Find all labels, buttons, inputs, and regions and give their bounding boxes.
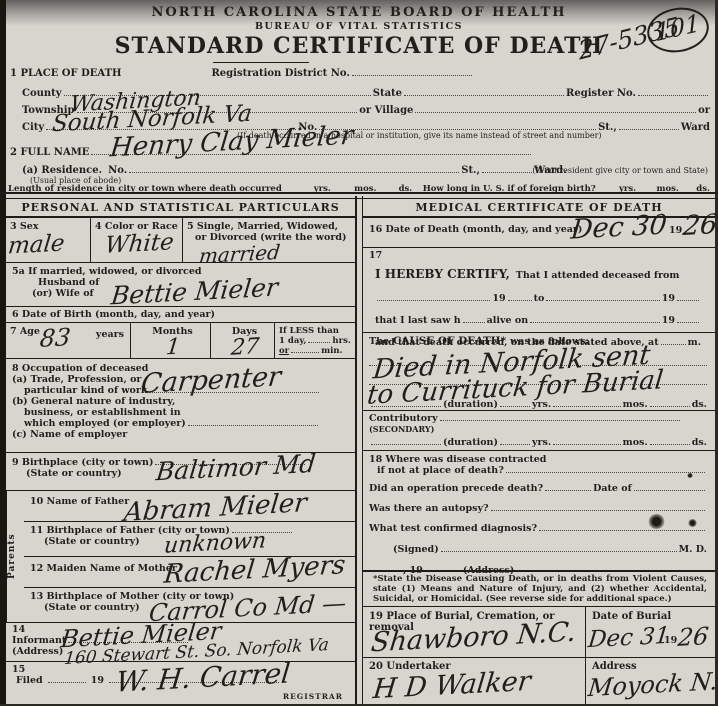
board-title: NORTH CAROLINA STATE BOARD OF HEALTH [0, 5, 718, 20]
cause-footnote: *State the Disease Causing Death, or in … [373, 574, 707, 604]
age-months-value: 1 [164, 337, 180, 360]
filed-19-label: 19 [91, 675, 104, 686]
row-spouse: 5a If married, widowed, or divorced Husb… [6, 263, 355, 308]
last-saw-label: that I last saw h [375, 315, 461, 326]
row-place-of-death: 1 PLACE OF DEATH Registration District N… [10, 68, 710, 79]
signed-label: (Signed) [393, 544, 439, 555]
title-rule [213, 62, 309, 63]
occupation-a-line1: (a) Trade, Profession, or [12, 374, 141, 385]
personal-particulars-column: PERSONAL AND STATISTICAL PARTICULARS 3 S… [6, 196, 355, 704]
q18-line2: if not at place of death? [377, 465, 504, 476]
parents-vertical-label: Parents [6, 491, 24, 622]
contributory-yrs: yrs. [532, 437, 551, 448]
race-value: White [104, 231, 175, 258]
row-father-name: 10 Name of Father Abram Mieler [24, 491, 355, 523]
row-mother-name: 12 Maiden Name of Mother Rachel Myers [24, 557, 355, 588]
mother-name-label: 12 Maiden Name of Mother [30, 563, 177, 574]
alive-on-label: alive on [487, 315, 529, 326]
race-cell: 4 Color or Race White [90, 218, 182, 262]
undertaker-address-label: Address [592, 661, 637, 672]
row-date-of-birth: 6 Date of Birth (month, day, and year) [6, 307, 355, 323]
occupation-c-label: (c) Name of employer [12, 429, 127, 440]
marital-label-line1: 5 Single, Married, Widowed, [187, 221, 338, 232]
row-undertaker: 20 Undertaker H D Walker Address Moyock … [363, 658, 715, 704]
ink-blot [648, 514, 665, 529]
autopsy-label: Was there an autopsy? [369, 503, 489, 514]
father-birthplace-value: unknown [163, 531, 267, 558]
parents-block: Parents 10 Name of Father Abram Mieler 1… [6, 491, 355, 623]
burial-date-label: Date of Burial [592, 611, 671, 622]
occupation-a-line2: particular kind of work [24, 385, 147, 396]
registrar-label: REGISTRAR [283, 692, 343, 701]
row-occupation: 8 Occupation of deceased (a) Trade, Prof… [6, 359, 355, 452]
residence-label: (a) Residence. [22, 165, 102, 176]
row-informant: 14 Informant (Address) Bettie Mieler 160… [6, 623, 355, 663]
undertaker-cell: 20 Undertaker H D Walker [363, 658, 585, 704]
years-label: years [96, 329, 124, 340]
cause-of-death-label: CAUSE OF DEATH* [393, 335, 506, 347]
father-name-value: Abram Mieler [123, 490, 308, 526]
age-days-cell: Days 27 [210, 323, 274, 358]
mother-birthplace-label2: (State or country) [44, 602, 140, 613]
hrs-label: hrs. [332, 336, 350, 346]
or-label: or [698, 105, 710, 116]
undertaker-value: H D Walker [372, 668, 532, 703]
undertaker-address-cell: Address Moyock N.C. [585, 658, 715, 704]
mother-name-value: Rachel Myers [163, 552, 347, 588]
spouse-label-line1: 5a If married, widowed, or divorced [12, 266, 202, 277]
burial-place-cell: 19 Place of Burial, Cremation, or remova… [363, 607, 585, 658]
county-label: County [22, 88, 62, 99]
item-17-number: 17 [369, 250, 382, 261]
spouse-label-line3: (or) Wife of [32, 288, 94, 299]
row-burial: 19 Place of Burial, Cremation, or remova… [363, 607, 715, 659]
row-certify: 17 I HEREBY CERTIFY, That I attended dec… [363, 248, 715, 333]
marital-cell: 5 Single, Married, Widowed, or Divorced … [182, 218, 355, 262]
informant-label: Informant [12, 635, 66, 646]
age-months-cell: Months 1 [130, 323, 210, 358]
certify-bold-label: I HEREBY CERTIFY, [375, 267, 510, 281]
certify-19-a: 19 [492, 293, 505, 304]
occupation-value: Carpenter [140, 364, 283, 399]
row-birthplace: 9 Birthplace (city or town) (State or co… [6, 453, 355, 491]
row-mother-birthplace: 13 Birthplace of Mother (city or town) (… [24, 588, 355, 622]
age-label: 7 Age [10, 326, 40, 337]
registration-district-label: Registration District No. [212, 68, 350, 79]
spouse-value: Bettie Mieler [110, 274, 280, 308]
registrar-signature: W. H. Carrel [115, 660, 292, 697]
dob-label: 6 Date of Birth (month, day, and year) [12, 309, 215, 320]
certificate-columns: PERSONAL AND STATISTICAL PARTICULARS 3 S… [6, 196, 715, 704]
row-age: 7 Age years 83 Months 1 Days 27 If LESS … [6, 323, 355, 359]
date-of-death-year: 26 [682, 211, 718, 240]
age-less-than-day-cell: If LESS than 1 day,hrs. ormin. [274, 323, 355, 358]
ink-blot [688, 519, 697, 527]
q18-line1: 18 Where was disease contracted [369, 454, 546, 465]
row-contributory: Contributory (SECONDARY) (duration) yrs.… [363, 411, 715, 451]
birthplace-label2: (State or country) [26, 468, 122, 479]
duration-mos: mos. [623, 399, 648, 410]
age-years-value: 83 [39, 325, 72, 351]
row-sex-race-marital: 3 Sex male 4 Color or Race White 5 Singl… [6, 218, 355, 263]
row-footnote: *State the Disease Causing Death, or in … [363, 571, 715, 607]
certify-19-c: 19 [662, 315, 675, 326]
residence-st-label: St., [461, 165, 480, 176]
certify-19-b: 19 [662, 293, 675, 304]
state-label: State [373, 88, 402, 99]
row-medical-questions: 18 Where was disease contracted if not a… [363, 451, 715, 571]
nonresident-note: (If nonresident give city or town and St… [532, 166, 708, 175]
burial-19-label: 19 [664, 635, 677, 646]
register-no-label: Register No. [566, 88, 636, 99]
row-filed: 15 Filed 19 W. H. Carrel REGISTRAR [6, 662, 355, 704]
date-of-death-19: 19 [669, 225, 682, 236]
residence-no-label: No. [108, 165, 127, 176]
place-of-death-label: 1 PLACE OF DEATH [10, 68, 122, 79]
occupation-b-line2: business, or establishment in [24, 407, 181, 418]
or-village-label: or Village [359, 105, 413, 116]
duration-ds: ds. [692, 399, 707, 410]
operation-label: Did an operation precede death? [369, 483, 543, 494]
age-years-cell: 7 Age years 83 [6, 323, 130, 358]
informant-address-label: (Address) [12, 646, 63, 657]
father-birthplace-label2: (State or country) [44, 536, 140, 547]
filed-label: Filed [16, 675, 43, 686]
row-cause-of-death: The CAUSE OF DEATH* was as follows: Died… [363, 333, 715, 411]
ward-label: Ward [681, 122, 710, 133]
spouse-label-line2: Husband of [38, 277, 99, 288]
secondary-label: (SECONDARY) [369, 424, 434, 434]
ink-blot [687, 473, 693, 478]
burial-date-cell: Date of Burial Dec 31 19 26 [585, 607, 715, 658]
birthplace-label: 9 Birthplace (city or town) [12, 457, 153, 468]
sex-label: 3 Sex [10, 221, 39, 232]
birthplace-value: Baltimor Md [155, 450, 317, 484]
certify-rest-label: That I attended deceased from [516, 270, 680, 281]
to-label: to [534, 293, 545, 304]
contributory-label: Contributory [369, 413, 438, 424]
undertaker-address-value: Moyock N.C. [587, 668, 718, 700]
date-of-label: Date of [593, 483, 632, 494]
burial-date-value: Dec 31 [587, 624, 671, 651]
row-date-of-death: 16 Date of Death (month, day, and year) … [363, 218, 715, 248]
date-of-death-value: Dec 30 [570, 211, 668, 243]
or-label: or [279, 346, 289, 356]
contributory-ds: ds. [692, 437, 707, 448]
occupation-label: 8 Occupation of deceased [12, 363, 148, 374]
medical-certificate-column: MEDICAL CERTIFICATE OF DEATH 16 Date of … [363, 196, 715, 704]
sex-cell: 3 Sex male [6, 218, 90, 262]
death-certificate-page: NORTH CAROLINA STATE BOARD OF HEALTH BUR… [0, 0, 718, 706]
md-label: M. D. [679, 544, 707, 555]
certificate-number: 101 [654, 11, 700, 46]
less-than-label-1: If LESS than [279, 326, 339, 336]
personal-section-title: PERSONAL AND STATISTICAL PARTICULARS [6, 196, 355, 218]
sex-value: male [7, 232, 66, 258]
full-name-label: 2 FULL NAME [10, 147, 89, 158]
age-days-value: 27 [229, 336, 259, 360]
less-than-label-2: 1 day, [279, 336, 306, 346]
row-full-name: 2 FULL NAME Henry Clay Mieler [10, 147, 710, 158]
contributory-duration-label: (duration) [443, 437, 498, 448]
occupation-b-line3: which employed (or employer) [24, 418, 186, 429]
column-divider [355, 196, 363, 704]
burial-year-value: 26 [677, 624, 710, 650]
cause-pre-label: The [369, 336, 389, 347]
min-label: min. [321, 346, 342, 356]
father-name-label: 10 Name of Father [30, 496, 129, 507]
test-label: What test confirmed diagnosis? [369, 523, 537, 534]
filed-number: 15 [12, 664, 25, 675]
informant-number: 14 [12, 624, 25, 635]
contributory-mos: mos. [623, 437, 648, 448]
city-label: City [22, 122, 44, 133]
date-of-death-label: 16 Date of Death (month, day, and year) [369, 224, 582, 235]
